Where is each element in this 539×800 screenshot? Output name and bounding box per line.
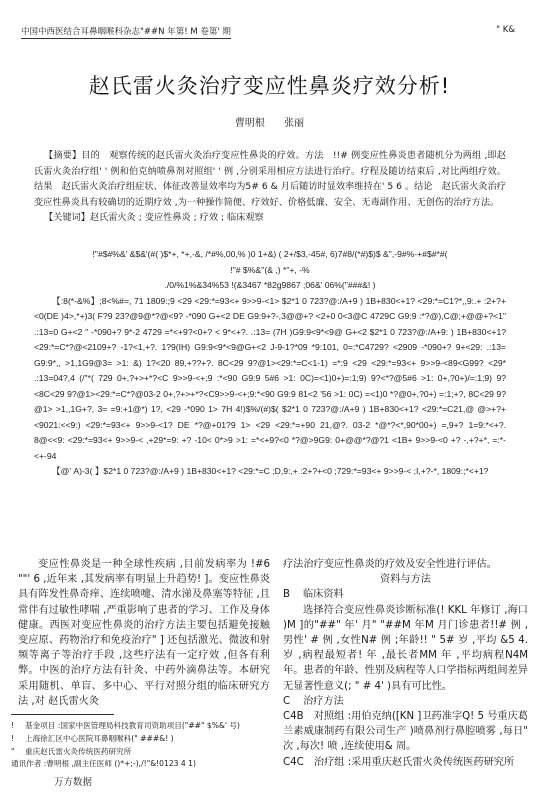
corresponding-author: 通讯作者 :曹明根 ,副主任医师 ()*+;-),/!"&!0123 4 1) — [11, 758, 271, 771]
journal-citation: 中国中西医结合耳鼻咽喉科杂志"##N 年第! M 卷第' 期 — [21, 25, 231, 39]
subsection-title: 治疗方法 — [303, 696, 344, 707]
body-column-left: 变应性鼻炎是一种全球性疾病 ,目前发病率为 !#6 ""' 6 ,近年来 ,其发… — [18, 557, 270, 709]
footnote-divider — [11, 714, 114, 715]
footnote-mark: ! — [11, 733, 25, 746]
subsection-treatment: C 治疗方法 — [283, 694, 528, 709]
footnote: "重庆赵氏雷火灸传统医药研究所 — [11, 746, 271, 759]
body-column-right: 疗法治疗变应性鼻炎的疗效及安全性进行评估。 资料与方法 B 临床资料 选择符合变… — [283, 557, 528, 770]
english-title-line-1: !"#$#%&' &$&'(#( )$*+, *+,-&, /*#%,00,% … — [34, 247, 506, 263]
english-affiliation: ./0/%1%&34%53 !(&3467 *82g9867 ;06&' 06%… — [34, 278, 506, 294]
footnote-mark: " — [11, 746, 25, 759]
author-list: 曹明根 张丽 — [0, 114, 539, 129]
abstract-text: 【摘要】目的 观察传统的赵氏雷火灸治疗变应性鼻炎的疗效。方法 !!# 例变应性鼻… — [34, 148, 506, 210]
keywords: 【关键词】赵氏雷火灸 ; 变应性鼻炎 ; 疗效 ; 临床观察 — [34, 210, 506, 226]
page-number: " K& — [496, 25, 515, 35]
footnote: !上海徐汇区中心医院耳鼻咽喉科(" ###&! ) — [11, 733, 271, 746]
subsection-number: C — [283, 696, 290, 707]
footnote-text: 基金项目 :国家中医管理局科技教育司资助项目("##" $%&' 号) — [25, 721, 240, 730]
english-abstract: !"#$#%&' &$&'(#( )$*+, *+,-&, /*#%,00,% … — [34, 247, 506, 480]
intro-continuation: 疗法治疗变应性鼻炎的疗效及安全性进行评估。 — [283, 557, 528, 572]
footnote: !基金项目 :国家中医管理局科技教育司资助项目("##" $%&' 号) — [11, 720, 271, 733]
footnote-text: 通讯作者 :曹明根 ,副主任医师 ()*+;-),/!"&!0123 4 1) — [11, 759, 196, 768]
english-keywords: 【@' A)-3( 】$2*1 0 723?@:/A+9 ) 1B+830<+1… — [34, 464, 506, 480]
subsection-title: 临床资料 — [303, 589, 344, 600]
english-abstract-text: 【:8(*-&%】;8<%#=, 71 1809:;9 <29 <29:*=93… — [34, 294, 506, 465]
control-group-text: C4B 对照组 :用伯克纳([KN ]卫药准字Q! 5 号重庆葛兰素威康制药有限… — [283, 709, 528, 755]
section-heading-methods: 资料与方法 — [283, 572, 528, 587]
footnote-text: 重庆赵氏雷火灸传统医药研究所 — [25, 747, 131, 756]
footnote-text: 上海徐汇区中心医院耳鼻咽喉科(" ###&! ) — [25, 734, 174, 743]
subsection-clinical-data: B 临床资料 — [283, 587, 528, 602]
footnote-mark: ! — [11, 720, 25, 733]
clinical-data-text: 选择符合变应性鼻炎诊断标准(! KKL 年修订 ,海口 )M ]的"##" 年'… — [283, 603, 528, 694]
watermark: 万方数据 — [54, 774, 92, 788]
intro-paragraph: 变应性鼻炎是一种全球性疾病 ,目前发病率为 !#6 ""' 6 ,近年来 ,其发… — [18, 557, 270, 709]
author-name: 曹明根 — [235, 118, 265, 129]
running-header: 中国中西医结合耳鼻咽喉科杂志"##N 年第! M 卷第' 期 " K& — [21, 25, 519, 39]
author-name: 张丽 — [284, 118, 304, 129]
subsection-number: B — [283, 589, 290, 600]
treatment-group-text: C4C 治疗组 :采用重庆赵氏雷火灸传统医药研究所 — [283, 755, 528, 770]
chinese-abstract: 【摘要】目的 观察传统的赵氏雷火灸治疗变应性鼻炎的疗效。方法 !!# 例变应性鼻… — [34, 148, 506, 226]
footnotes: !基金项目 :国家中医管理局科技教育司资助项目("##" $%&' 号) !上海… — [11, 720, 271, 771]
article-title: 赵氏雷火灸治疗变应性鼻炎疗效分析! — [0, 70, 539, 100]
english-title-line-2: !"# $%&''(& ,) *"+, -% — [34, 263, 506, 279]
